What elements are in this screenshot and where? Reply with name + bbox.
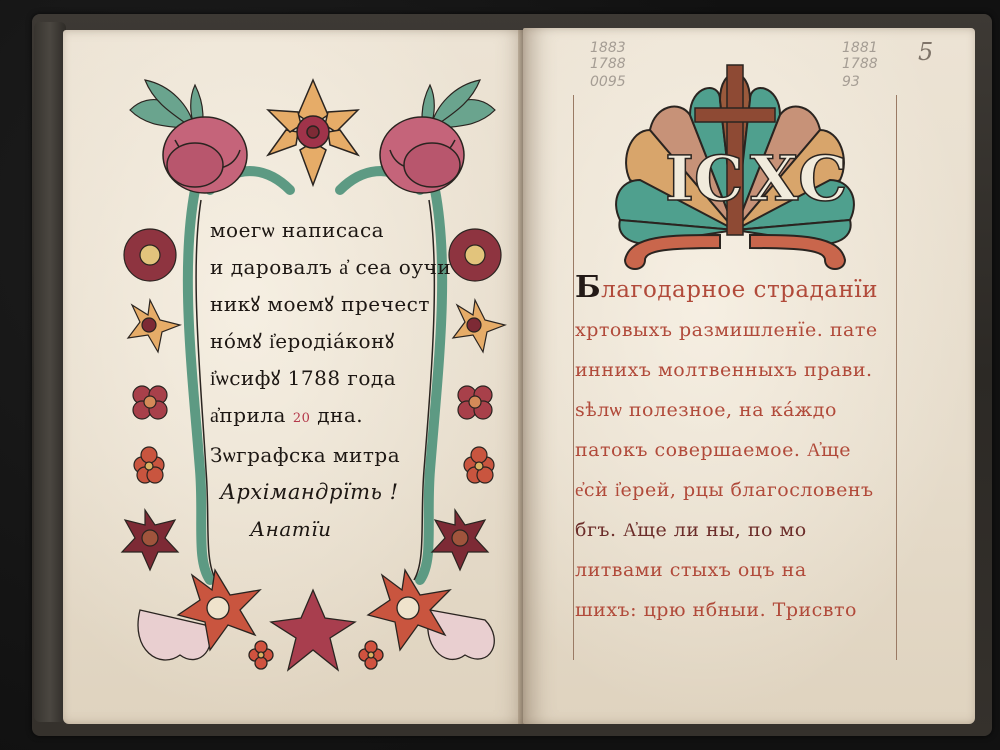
cover-edge: [34, 22, 66, 722]
text-line-8: шихъ: црю нбныи. Трисвто: [575, 590, 905, 630]
headpiece-illustration: IС ХС: [610, 60, 860, 275]
folio-number: 5: [918, 38, 933, 66]
red-cluster-flower-right: [458, 386, 492, 419]
text-line-6: бгъ. А҆ще ли ны, по мо: [575, 510, 905, 550]
maroon-aster-right: [432, 510, 488, 570]
inscription-line-2: и даровалъ а҆ сеа оучи: [210, 249, 440, 286]
inscription-line-6: а҆прила 20 дна.: [210, 397, 440, 437]
maroon-aster-left: [122, 510, 178, 570]
inscription-line-7: Зѡграфска митра: [210, 437, 440, 474]
text-line-2: иннихъ молтвенныхъ прави.: [575, 350, 905, 390]
day-word: дна.: [317, 403, 363, 427]
text-line-4: патокъ совершаемое. А҆ще: [575, 430, 905, 470]
pink-tulip-left: [163, 117, 247, 193]
pink-tulip-right: [380, 117, 464, 193]
text-line-5: е҆сѝ і҆ерей, рцы благословенъ: [575, 470, 905, 510]
red-cluster-flower-left: [133, 386, 167, 419]
text-line-3: ѕѣлѡ полезное, на ка́ждо: [575, 390, 905, 430]
text-line-7: литвами стыхъ оцъ на: [575, 550, 905, 590]
inscription-line-5: і҆ѡсифꙋ 1788 года: [210, 360, 440, 397]
initial-letter: Б: [575, 270, 601, 305]
inscription-line-1: моегѡ написаса: [210, 212, 440, 249]
signature-name: Анатїи: [210, 511, 440, 548]
red-small-flower-left: [134, 447, 164, 483]
inscription-line-4: но́мꙋ і҆еродіа́конꙋ: [210, 323, 440, 360]
red-small-flower-right: [464, 447, 494, 483]
inscription-line-3: никꙋ моемꙋ пречест: [210, 286, 440, 323]
day-number: 20: [293, 411, 311, 426]
pencil-note-right-1: 1881: [842, 40, 878, 56]
small-red-flower-bottom-right: [359, 641, 383, 669]
small-red-flower-bottom-left: [249, 641, 273, 669]
heading-title: лагодарное страданїи: [601, 277, 878, 303]
signature-title: Архімандрїть !: [210, 474, 440, 511]
dedication-inscription: моегѡ написаса и даровалъ а҆ сеа оучи ни…: [210, 212, 440, 548]
month-word: а҆прила: [210, 403, 286, 427]
pencil-note-left-1: 1883: [590, 40, 626, 56]
red-six-point-star: [271, 590, 355, 670]
pale-petal-right: [428, 610, 495, 659]
left-vine: [188, 190, 210, 580]
letters-xc: ХС: [750, 142, 847, 215]
letters-ic: IС: [665, 142, 743, 215]
margin-rule-left: [573, 95, 574, 660]
text-line-1: хртовыхъ размишленїе. пате: [575, 310, 905, 350]
heading-line: Благодарное страданїи: [575, 268, 905, 310]
orange-six-petal-flower: [268, 80, 358, 185]
main-text-block: Благодарное страданїи хртовыхъ размишлен…: [575, 268, 905, 630]
